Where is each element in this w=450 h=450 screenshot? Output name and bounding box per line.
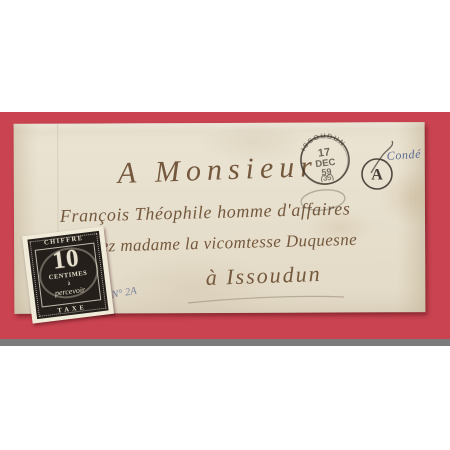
stamp-design: CHIFFRE 10 CENTIMES à percevoir TAXE xyxy=(27,231,108,319)
address-line-2: François Théophile homme d'affaires xyxy=(59,198,351,226)
catalog-annotation: N° 2A xyxy=(110,286,139,302)
postage-due-stamp: CHIFFRE 10 CENTIMES à percevoir TAXE xyxy=(22,226,114,323)
address-line-3: chez madame la vicomtesse Duquesne xyxy=(84,230,358,256)
photo-frame: A Monsieur François Théophile homme d'af… xyxy=(0,0,450,450)
ink-overlay: A Monsieur François Théophile homme d'af… xyxy=(0,0,450,450)
conde-annotation: Condé xyxy=(386,147,421,163)
address-line-4: à Issoudun xyxy=(205,261,322,290)
address-line-1: A Monsieur xyxy=(115,150,318,190)
underline-flourish xyxy=(188,296,344,303)
